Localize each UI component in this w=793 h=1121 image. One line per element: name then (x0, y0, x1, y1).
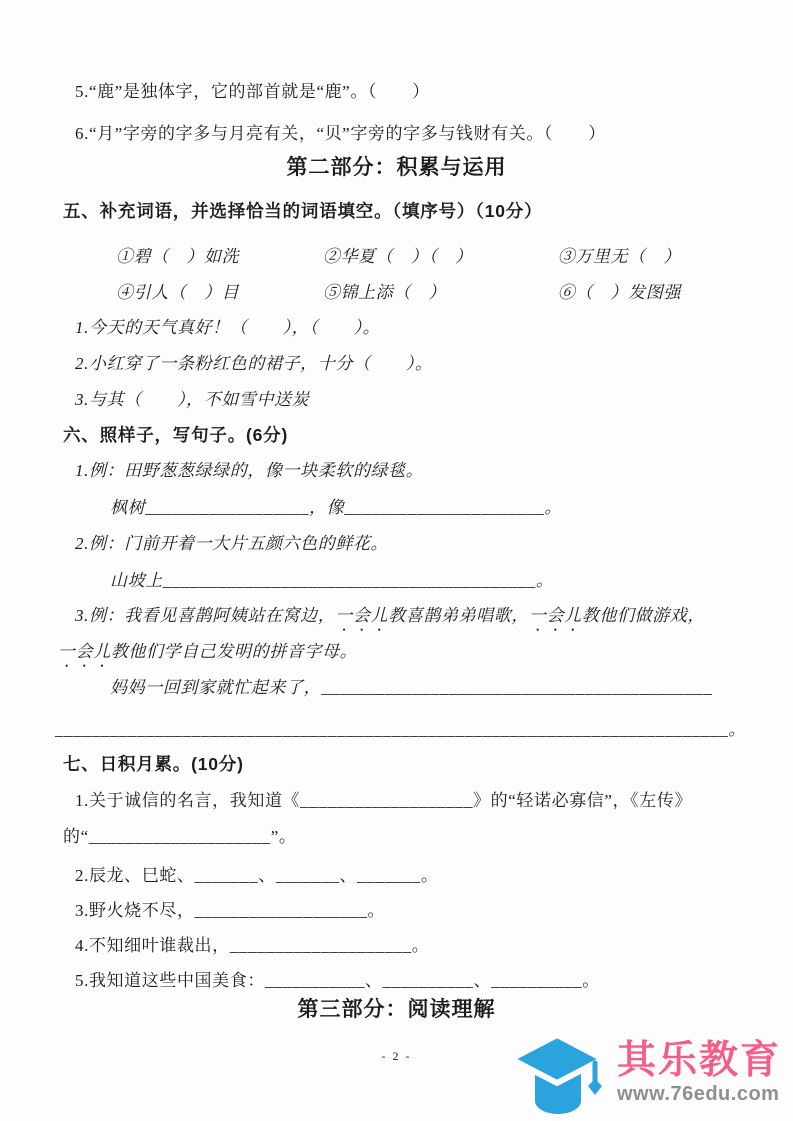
word-item-5: ⑤锦上添（ ） (323, 281, 553, 305)
section7-title: 七、日积月累。(10分) (63, 752, 244, 776)
section7-item3: 3.野火烧不尽，___________________。 (75, 899, 385, 923)
word-item-6: ⑥（ ）发图强 (558, 281, 681, 305)
section5-word-row-1: ①碧（ ）如洗 ②华夏（ ）（ ） ③万里无（ ） (116, 245, 681, 269)
part3-header: 第三部分：阅读理解 (0, 998, 793, 1022)
section6-item1-example: 1.例：田野葱葱绿绿的，像一块柔软的绿毯。 (75, 459, 423, 483)
word-item-4: ④引人（ ）目 (116, 281, 318, 305)
publisher-logo: 其乐教育 www.76edu.com (505, 1033, 781, 1119)
section6-title: 六、照样子，写句子。(6分) (63, 423, 288, 447)
section7-item5: 5.我知道这些中国美食：___________、__________、_____… (75, 969, 600, 993)
word-item-2: ②华夏（ ）（ ） (323, 245, 553, 269)
item3-emphasis: 一会儿 (335, 606, 388, 625)
part1-item-5: 5.“鹿”是独体字，它的部首就是“鹿”。（ ） (75, 80, 430, 104)
exam-paper-page: 5.“鹿”是独体字，它的部首就是“鹿”。（ ） 6.“月”字旁的字多与月亮有关，… (0, 0, 793, 1121)
section7-item1-line2: 的“____________________”。 (63, 825, 297, 849)
section6-item3-example-line1: 3.例：我看见喜鹊阿姨站在窝边，一会儿教喜鹊弟弟唱歌，一会儿教他们做游戏， (75, 604, 705, 635)
section5-item-3: 3.与其（ ），不如雪中送炭 (75, 388, 309, 412)
section7-item1-line1: 1.关于诚信的名言，我知道《___________________》的“轻诺必寡… (75, 789, 692, 813)
section6-item1-answer-blank: 枫树__________________，像__________________… (110, 496, 562, 520)
section6-item2-answer-blank: 山坡上_____________________________________… (110, 569, 554, 593)
section6-item3-example-line2: 一会儿教他们学自己发明的拼音字母。 (58, 640, 357, 671)
item3-text: 教喜鹊弟弟唱歌， (388, 606, 529, 625)
item3-text: 教他们做游戏， (582, 606, 705, 625)
part2-header: 第二部分：积累与运用 (0, 156, 793, 180)
part1-item-6: 6.“月”字旁的字多与月亮有关，“贝”字旁的字多与钱财有关。（ ） (75, 122, 606, 146)
word-item-3: ③万里无（ ） (558, 245, 681, 269)
item3-text: 教他们学自己发明的拼音字母。 (111, 642, 357, 661)
section5-item-2: 2.小红穿了一条粉红色的裙子，十分（ ）。 (75, 352, 432, 376)
word-item-1: ①碧（ ）如洗 (116, 245, 318, 269)
item3-text: 3.例：我看见喜鹊阿姨站在窝边， (75, 606, 335, 625)
section6-item2-example: 2.例：门前开着一大片五颜六色的鲜花。 (75, 532, 388, 556)
section5-item-1: 1.今天的天气真好！（ ），（ ）。 (75, 316, 380, 340)
section7-item2: 2.辰龙、巳蛇、_______、_______、_______。 (75, 864, 438, 888)
graduation-cap-icon (505, 1033, 609, 1119)
publisher-text: 其乐教育 www.76edu.com (617, 1033, 781, 1105)
section7-item4: 4.不知细叶谁裁出，____________________。 (75, 934, 429, 958)
section6-item3-answer-blank-line2: ________________________________________… (55, 718, 746, 742)
publisher-website: www.76edu.com (617, 1083, 779, 1105)
publisher-name: 其乐教育 (617, 1039, 781, 1083)
item3-emphasis: 一会儿 (529, 606, 582, 625)
section5-word-row-2: ④引人（ ）目 ⑤锦上添（ ） ⑥（ ）发图强 (116, 281, 681, 305)
section6-item3-answer-blank-line1: 妈妈一回到家就忙起来了，____________________________… (110, 676, 713, 700)
item3-emphasis: 一会儿 (58, 642, 111, 661)
section5-title: 五、补充词语，并选择恰当的词语填空。（填序号）（10分） (63, 199, 542, 223)
